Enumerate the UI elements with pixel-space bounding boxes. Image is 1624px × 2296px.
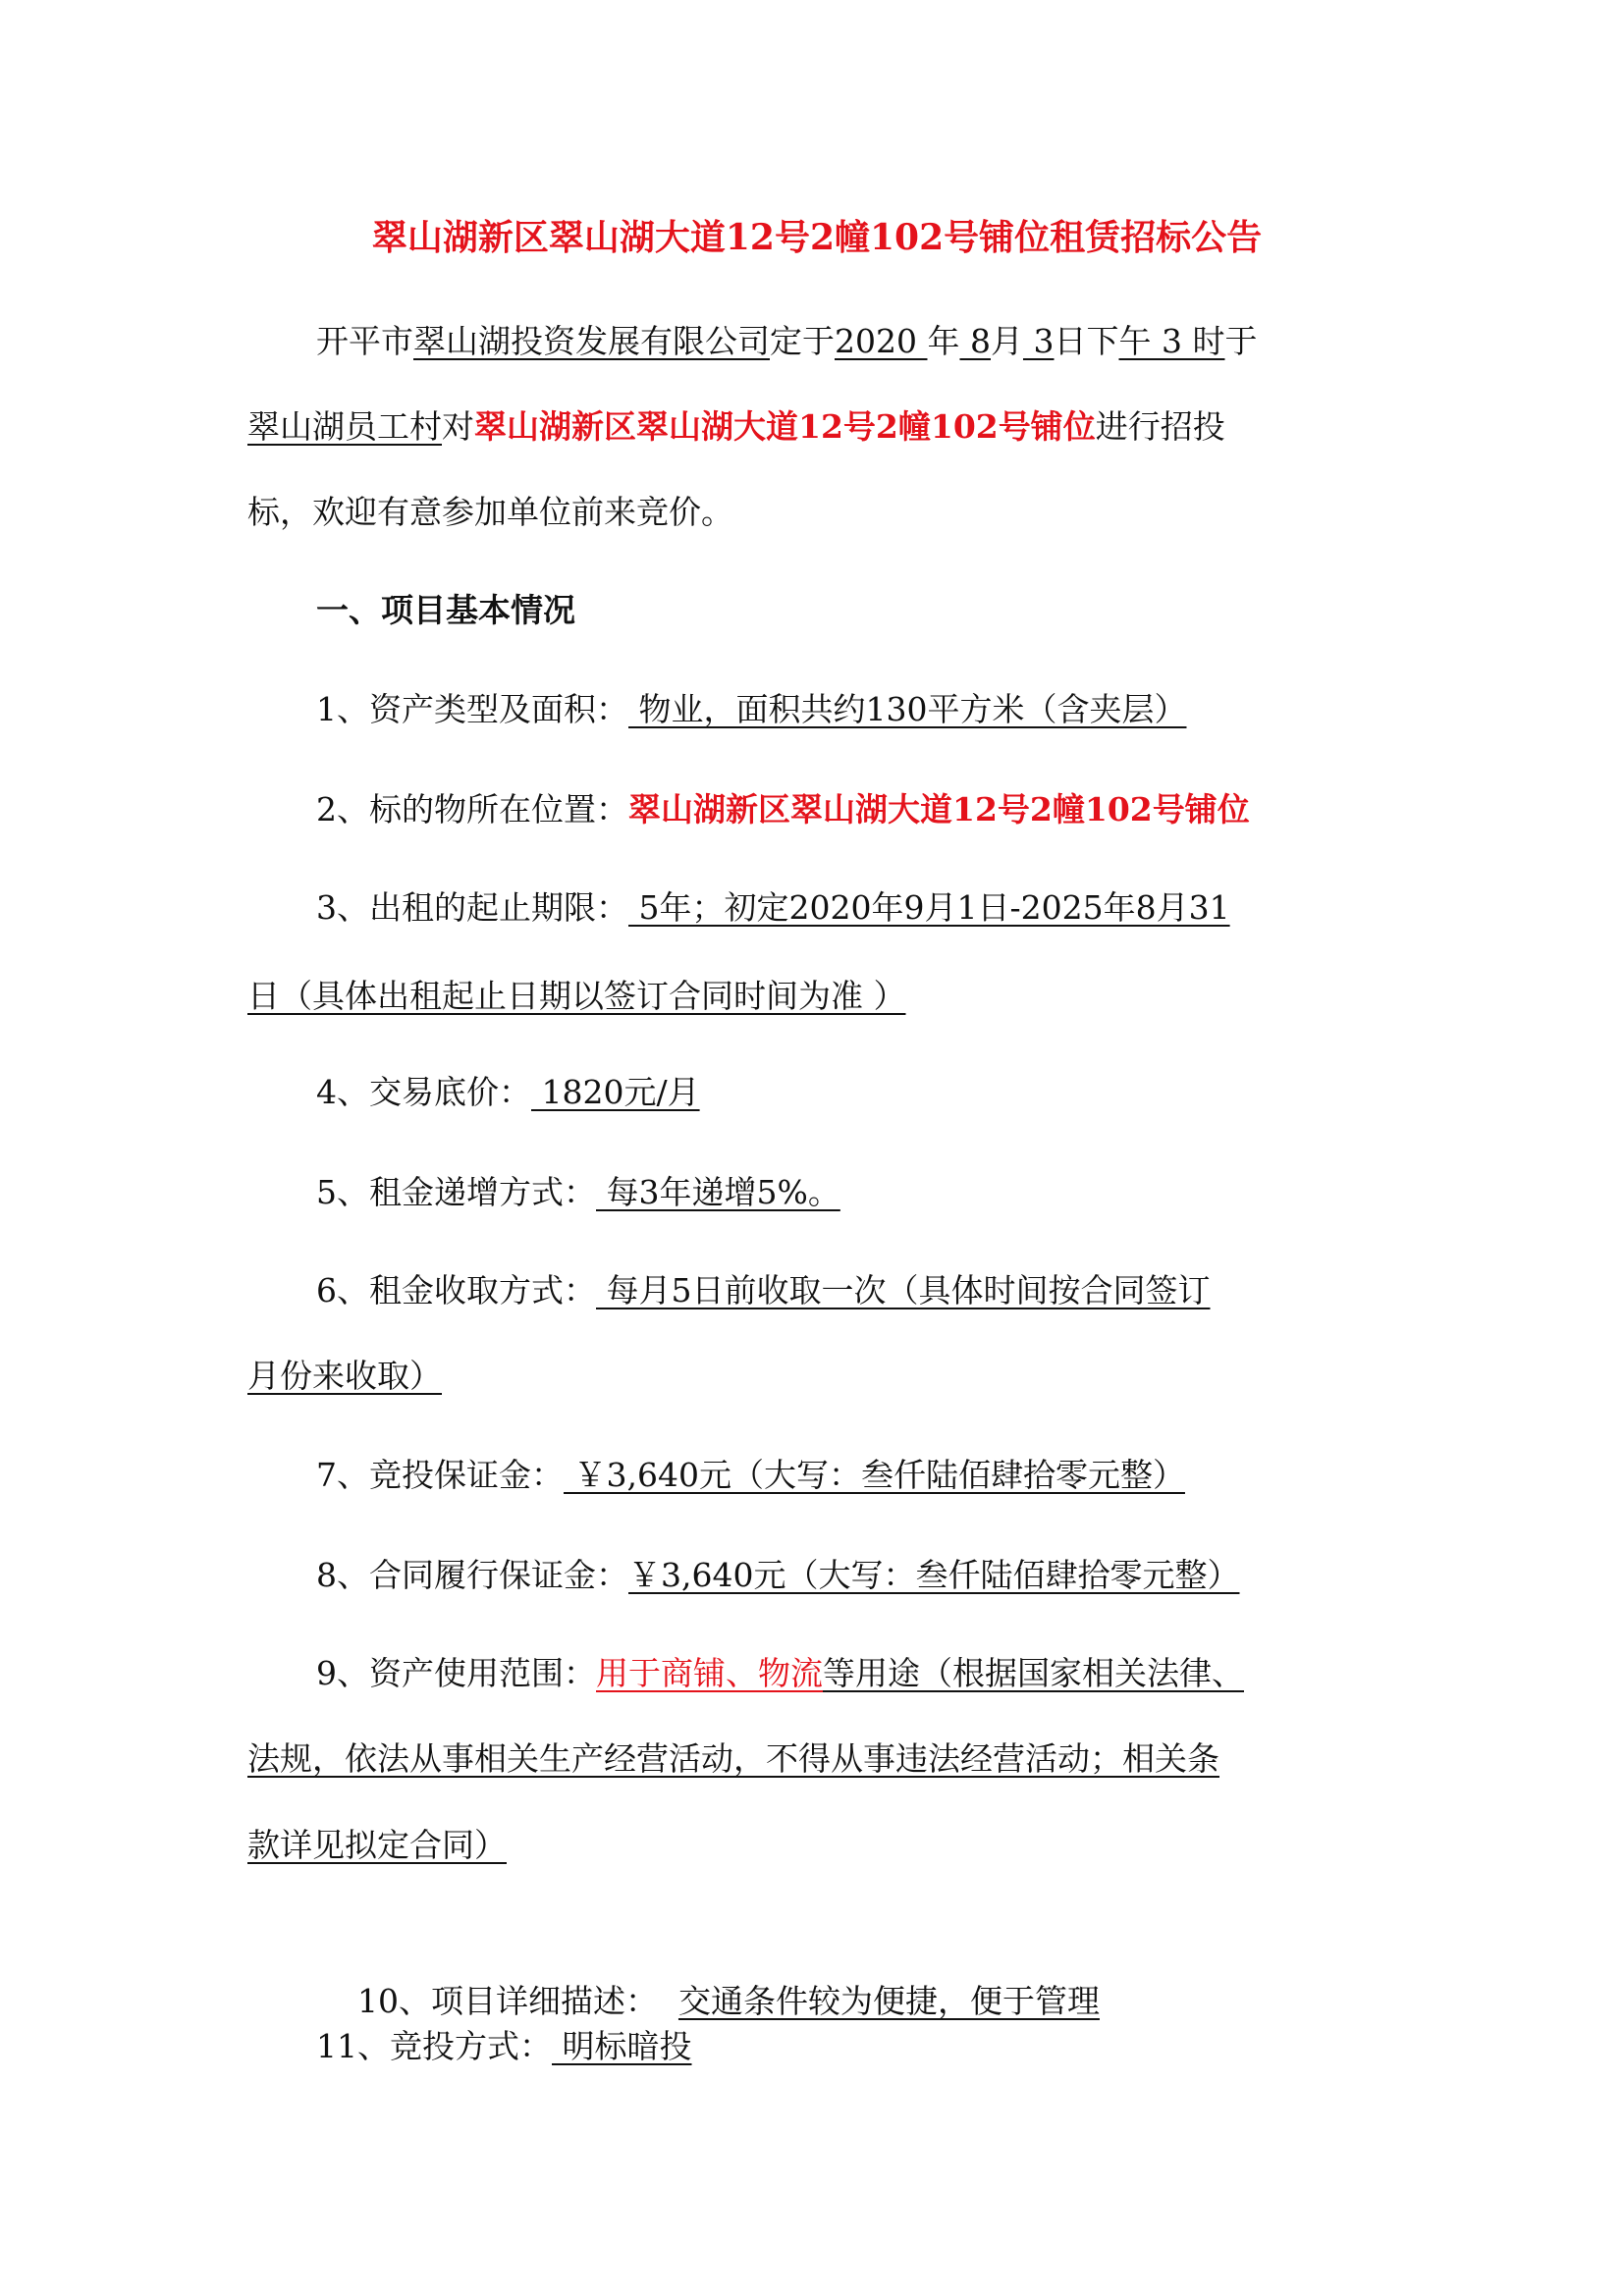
item-value: 物业，面积共约130平方米（含夹层） [628,690,1186,728]
item-bid-deposit: 7、竞投保证金： ￥3,640元（大写：叁仟陆佰肆拾零元整） [247,1448,1455,1503]
item-rent-increase: 5、租金递增方式： 每3年递增5%。 [247,1165,1455,1220]
item-value: 1820元/月 [531,1073,700,1111]
intro-text: 标，欢迎有意参加单位前来竞价。 [247,493,733,531]
item-reserve-price: 4、交易底价： 1820元/月 [247,1065,1455,1120]
item-label: 8、合同履行保证金： [316,1556,628,1594]
spacer [658,1982,678,2020]
item-usage-scope-cont-2: 款详见拟定合同） [247,1818,1386,1873]
item-label: 7、竞投保证金： [316,1456,564,1494]
company-name: 翠山湖投资发展有限公司 [413,322,770,360]
section-heading: 一、项目基本情况 [247,583,1455,638]
document-title: 翠山湖新区翠山湖大道12号2幢102号铺位租赁招标公告 [247,210,1386,265]
item-value-highlight: 用于商铺、物流 [596,1654,823,1692]
item-label: 2、标的物所在位置： [316,790,628,828]
item-value: 等用途（根据国家相关法律、 [823,1654,1244,1692]
intro-text: 年 [927,322,959,360]
item-asset-type: 1、资产类型及面积： 物业，面积共约130平方米（含夹层） [247,682,1455,737]
intro-text: 进行招投 [1096,407,1225,446]
item-label: 4、交易底价： [316,1073,531,1111]
item-label: 10、项目详细描述： [357,1982,658,2020]
item-value: 5年；初定2020年9月1日-2025年8月31 [628,888,1230,927]
item-label: 1、资产类型及面积： [316,690,628,728]
date-month: 8 [959,322,991,360]
intro-text: 定于 [770,322,835,360]
item-location: 2、标的物所在位置：翠山湖新区翠山湖大道12号2幢102号铺位 [247,782,1455,837]
item-value: ￥3,640元（大写：叁仟陆佰肆拾零元整） [564,1456,1185,1494]
intro-text: 于 [1224,322,1257,360]
intro-line-1: 开平市翠山湖投资发展有限公司定于2020 年 8月 3日下午 3 时于 [247,314,1455,369]
item-value: 法规，依法从事相关生产经营活动，不得从事违法经营活动；相关条 [247,1739,1219,1778]
time: 午 3 时 [1118,322,1224,360]
item-lease-term: 3、出租的起止期限： 5年；初定2020年9月1日-2025年8月31 [247,881,1455,935]
item-value: 交通条件较为便捷，便于管理 [678,1982,1100,2020]
date-year: 2020 [835,322,927,360]
item-value: ￥3,640元（大写：叁仟陆佰肆拾零元整） [628,1556,1239,1594]
venue: 翠山湖员工村 [247,407,442,446]
item-value: 月份来收取） [247,1357,442,1395]
item-usage-scope: 9、资产使用范围：用于商铺、物流等用途（根据国家相关法律、 [247,1646,1455,1701]
item-value: 明标暗投 [552,2027,692,2065]
item-value: 日（具体出租起止日期以签订合同时间为准 ） [247,977,906,1015]
intro-text: 月 [991,322,1023,360]
item-label: 3、出租的起止期限： [316,888,628,927]
intro-text: 日下 [1054,322,1118,360]
item-usage-scope-cont-1: 法规，依法从事相关生产经营活动，不得从事违法经营活动；相关条 [247,1732,1386,1787]
date-day: 3 [1023,322,1055,360]
item-value: 款详见拟定合同） [247,1826,507,1864]
intro-text: 对 [442,407,474,446]
item-label: 6、租金收取方式： [316,1271,596,1309]
item-lease-term-cont: 日（具体出租起止日期以签订合同时间为准 ） [247,969,1386,1024]
item-bid-method: 11、竞投方式： 明标暗投 [247,2019,1455,2074]
item-value: 每3年递增5%。 [596,1173,840,1211]
intro-line-2: 翠山湖员工村对翠山湖新区翠山湖大道12号2幢102号铺位进行招投 [247,400,1386,454]
item-label: 5、租金递增方式： [316,1173,596,1211]
item-value: 翠山湖新区翠山湖大道12号2幢102号铺位 [628,790,1250,828]
item-rent-collection-cont: 月份来收取） [247,1349,1386,1404]
item-value: 每月5日前收取一次（具体时间按合同签订 [596,1271,1211,1309]
intro-text: 开平市 [316,322,413,360]
intro-line-3: 标，欢迎有意参加单位前来竞价。 [247,485,1386,540]
property-location: 翠山湖新区翠山湖大道12号2幢102号铺位 [474,407,1096,446]
item-performance-deposit: 8、合同履行保证金：￥3,640元（大写：叁仟陆佰肆拾零元整） [247,1548,1455,1603]
item-label: 11、竞投方式： [316,2027,552,2065]
item-rent-collection: 6、租金收取方式： 每月5日前收取一次（具体时间按合同签订 [247,1263,1455,1318]
item-label: 9、资产使用范围： [316,1654,596,1692]
